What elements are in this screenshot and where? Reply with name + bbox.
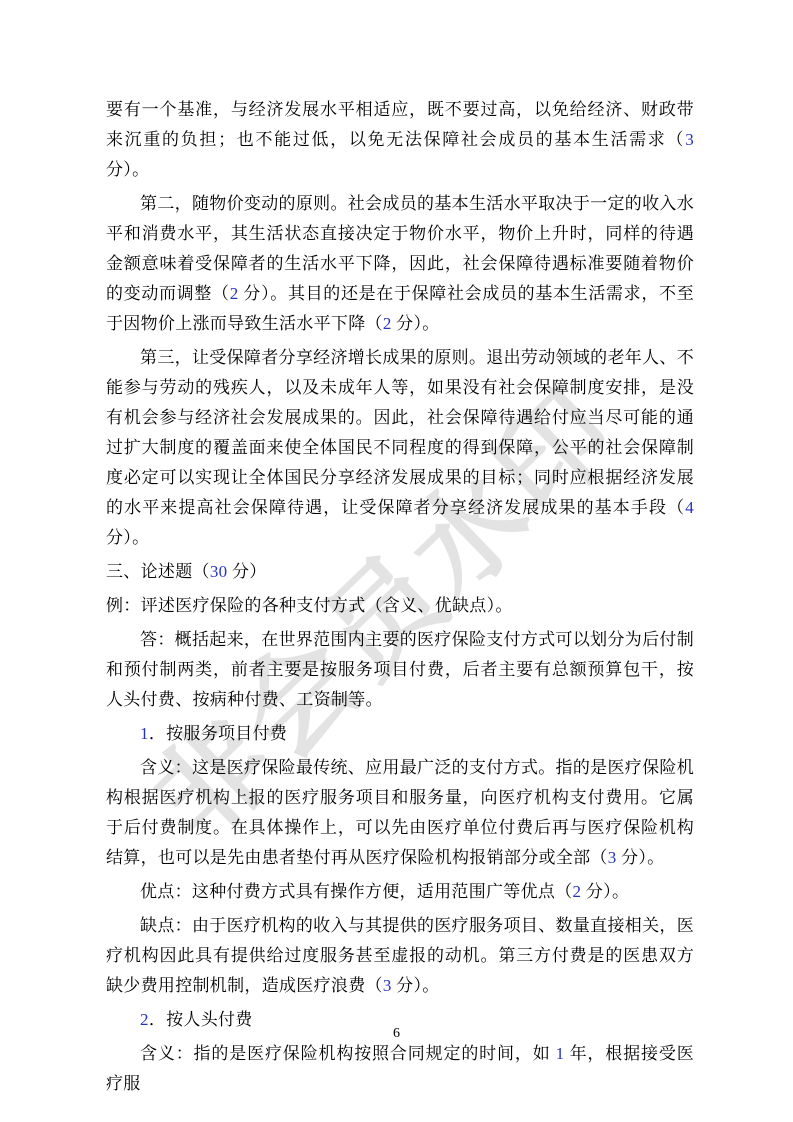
paragraph-price-change-principle: 第二，随物价变动的原则。社会成员的基本生活水平取决于一定的收入水平和消费水平，其… <box>106 189 694 339</box>
score-number: 2 <box>383 314 392 333</box>
text-segment: 分）。 <box>581 882 629 901</box>
score-number: 3 <box>685 130 694 149</box>
paragraph-benchmark-principle-continuation: 要有一个基准，与经济发展水平相适应，既不要过高，以免给经济、财政带来沉重的负担；… <box>106 95 694 185</box>
paragraph-answer-overview: 答：概括起来，在世界范围内主要的医疗保险支付方式可以划分为后付制和预付制两类，前… <box>106 625 694 715</box>
paragraph-fee-for-service-advantages: 优点：这种付费方式具有操作方便，适用范围广等优点（2 分）。 <box>106 877 694 907</box>
document-page: 非会员水印 要有一个基准，与经济发展水平相适应，既不要过高，以免给经济、财政带来… <box>0 0 793 1122</box>
heading-essay-section: 三、论述题（30 分） <box>106 557 694 587</box>
document-body: 要有一个基准，与经济发展水平相适应，既不要过高，以免给经济、财政带来沉重的负担；… <box>0 0 793 1099</box>
paragraph-capitation-definition: 含义：指的是医疗保险机构按照合同规定的时间，如 1 年，根据接受医疗服 <box>106 1039 694 1099</box>
score-number: 3 <box>383 976 392 995</box>
score-number: 2 <box>230 284 239 303</box>
text-segment: 分）。 <box>106 160 149 179</box>
score-number: 30 <box>210 562 228 581</box>
text-segment: 第三，让受保障者分享经济增长成果的原则。退出劳动领域的老年人、不能参与劳动的残疾… <box>106 348 694 517</box>
text-segment: 答：概括起来，在世界范围内主要的医疗保险支付方式可以划分为后付制和预付制两类，前… <box>106 630 694 709</box>
text-segment: 例：评述医疗保险的各种支付方式（含义、优缺点）。 <box>106 596 513 615</box>
text-segment: 分）。 <box>617 848 665 867</box>
text-segment: 含义：这是医疗保险最传统、应用最广泛的支付方式。指的是医疗保险机构根据医疗机构上… <box>106 758 694 867</box>
score-number: 1 <box>140 724 149 743</box>
text-segment: 含义：指的是医疗保险机构按照合同规定的时间，如 <box>140 1044 556 1063</box>
score-number: 3 <box>608 848 617 867</box>
paragraph-fee-for-service-definition: 含义：这是医疗保险最传统、应用最广泛的支付方式。指的是医疗保险机构根据医疗机构上… <box>106 753 694 873</box>
line-example-question: 例：评述医疗保险的各种支付方式（含义、优缺点）。 <box>106 591 694 621</box>
page-number: 6 <box>0 1026 793 1042</box>
paragraph-fee-for-service-disadvantages: 缺点：由于医疗机构的收入与其提供的医疗服务项目、数量直接相关，医疗机构因此具有提… <box>106 911 694 1001</box>
text-segment: ．按服务项目付费 <box>149 724 287 743</box>
paragraph-share-growth-principle: 第三，让受保障者分享经济增长成果的原则。退出劳动领域的老年人、不能参与劳动的残疾… <box>106 343 694 553</box>
text-segment: 分）。 <box>106 528 149 547</box>
score-number: 2 <box>573 882 582 901</box>
text-segment: 分）。 <box>392 314 440 333</box>
text-segment: 要有一个基准，与经济发展水平相适应，既不要过高，以免给经济、财政带来沉重的负担；… <box>106 100 694 149</box>
text-segment: 三、论述题（ <box>106 562 210 581</box>
list-item-fee-for-service-title: 1．按服务项目付费 <box>106 719 694 749</box>
score-number: 4 <box>685 498 694 517</box>
text-segment: 分） <box>227 562 266 581</box>
text-segment: 分）。 <box>392 976 440 995</box>
text-segment: 优点：这种付费方式具有操作方便，适用范围广等优点（ <box>140 882 573 901</box>
